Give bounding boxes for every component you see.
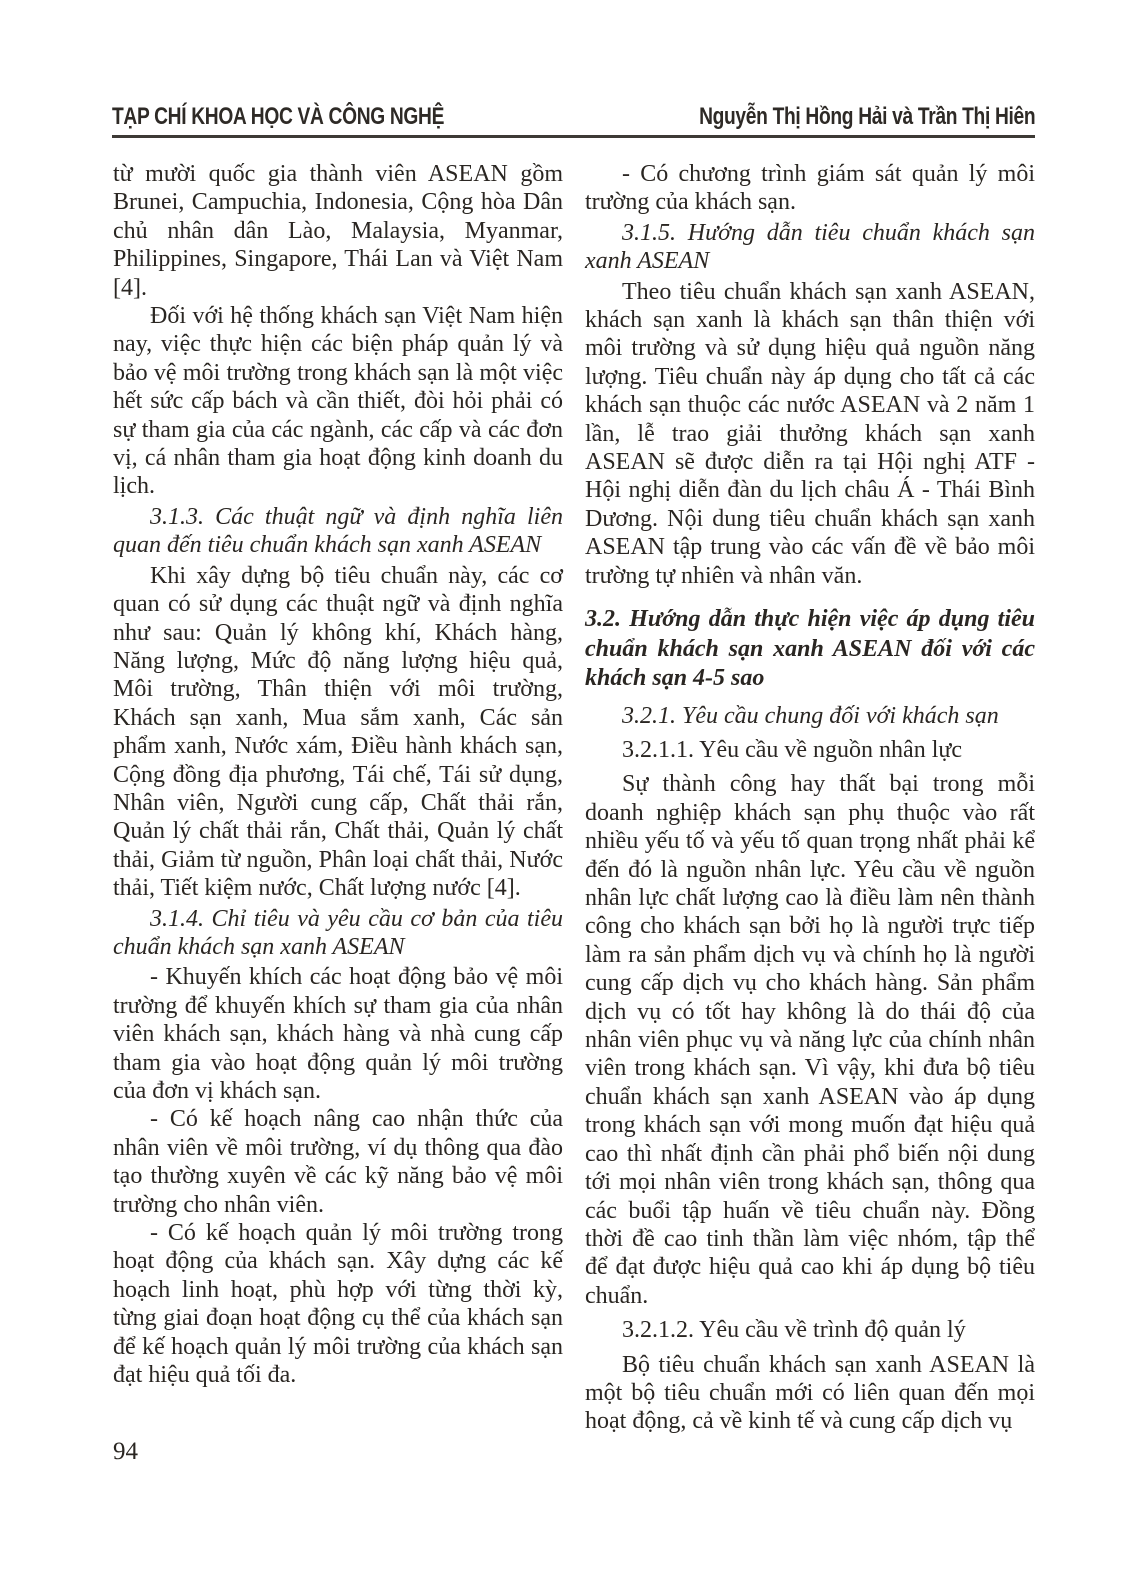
section-heading-3-1-3: 3.1.3. Các thuật ngữ và định nghĩa liên … — [113, 503, 563, 560]
body-columns: từ mười quốc gia thành viên ASEAN gồm Br… — [113, 160, 1035, 1436]
paragraph: - Có kế hoạch quản lý môi trường trong h… — [113, 1219, 563, 1389]
paragraph: Khi xây dựng bộ tiêu chuẩn này, các cơ q… — [113, 562, 563, 903]
section-heading-3-1-5: 3.1.5. Hướng dẫn tiêu chuẩn khách sạn xa… — [585, 219, 1035, 276]
authors-name: Nguyễn Thị Hồng Hải và Trần Thị Hiên — [699, 103, 1035, 131]
running-head: TẠP CHÍ KHOA HỌC VÀ CÔNG NGHỆ Nguyễn Thị… — [112, 101, 1035, 138]
paragraph: - Khuyến khích các hoạt động bảo vệ môi … — [113, 963, 563, 1105]
paragraph: Sự thành công hay thất bại trong mỗi doa… — [585, 770, 1035, 1310]
paragraph: - Có chương trình giám sát quản lý môi t… — [585, 160, 1035, 217]
paragraph: Đối với hệ thống khách sạn Việt Nam hiện… — [113, 302, 563, 501]
paragraph: Bộ tiêu chuẩn khách sạn xanh ASEAN là mộ… — [585, 1351, 1035, 1436]
paragraph: - Có kế hoạch nâng cao nhận thức của nhâ… — [113, 1105, 563, 1219]
section-heading-3-2: 3.2. Hướng dẫn thực hiện việc áp dụng ti… — [585, 605, 1035, 694]
left-column: từ mười quốc gia thành viên ASEAN gồm Br… — [113, 160, 563, 1436]
paragraph: Theo tiêu chuẩn khách sạn xanh ASEAN, kh… — [585, 278, 1035, 590]
right-column: - Có chương trình giám sát quản lý môi t… — [585, 160, 1035, 1436]
paragraph: từ mười quốc gia thành viên ASEAN gồm Br… — [113, 160, 563, 302]
document-page: TẠP CHÍ KHOA HỌC VÀ CÔNG NGHỆ Nguyễn Thị… — [0, 0, 1133, 1588]
section-heading-3-1-4: 3.1.4. Chỉ tiêu và yêu cầu cơ bản của ti… — [113, 905, 563, 962]
journal-title: TẠP CHÍ KHOA HỌC VÀ CÔNG NGHỆ — [112, 103, 444, 131]
page-number: 94 — [113, 1438, 138, 1466]
section-heading-3-2-1-1: 3.2.1.1. Yêu cầu về nguồn nhân lực — [585, 736, 1035, 764]
section-heading-3-2-1: 3.2.1. Yêu cầu chung đối với khách sạn — [585, 702, 1035, 730]
section-heading-3-2-1-2: 3.2.1.2. Yêu cầu về trình độ quản lý — [585, 1316, 1035, 1344]
